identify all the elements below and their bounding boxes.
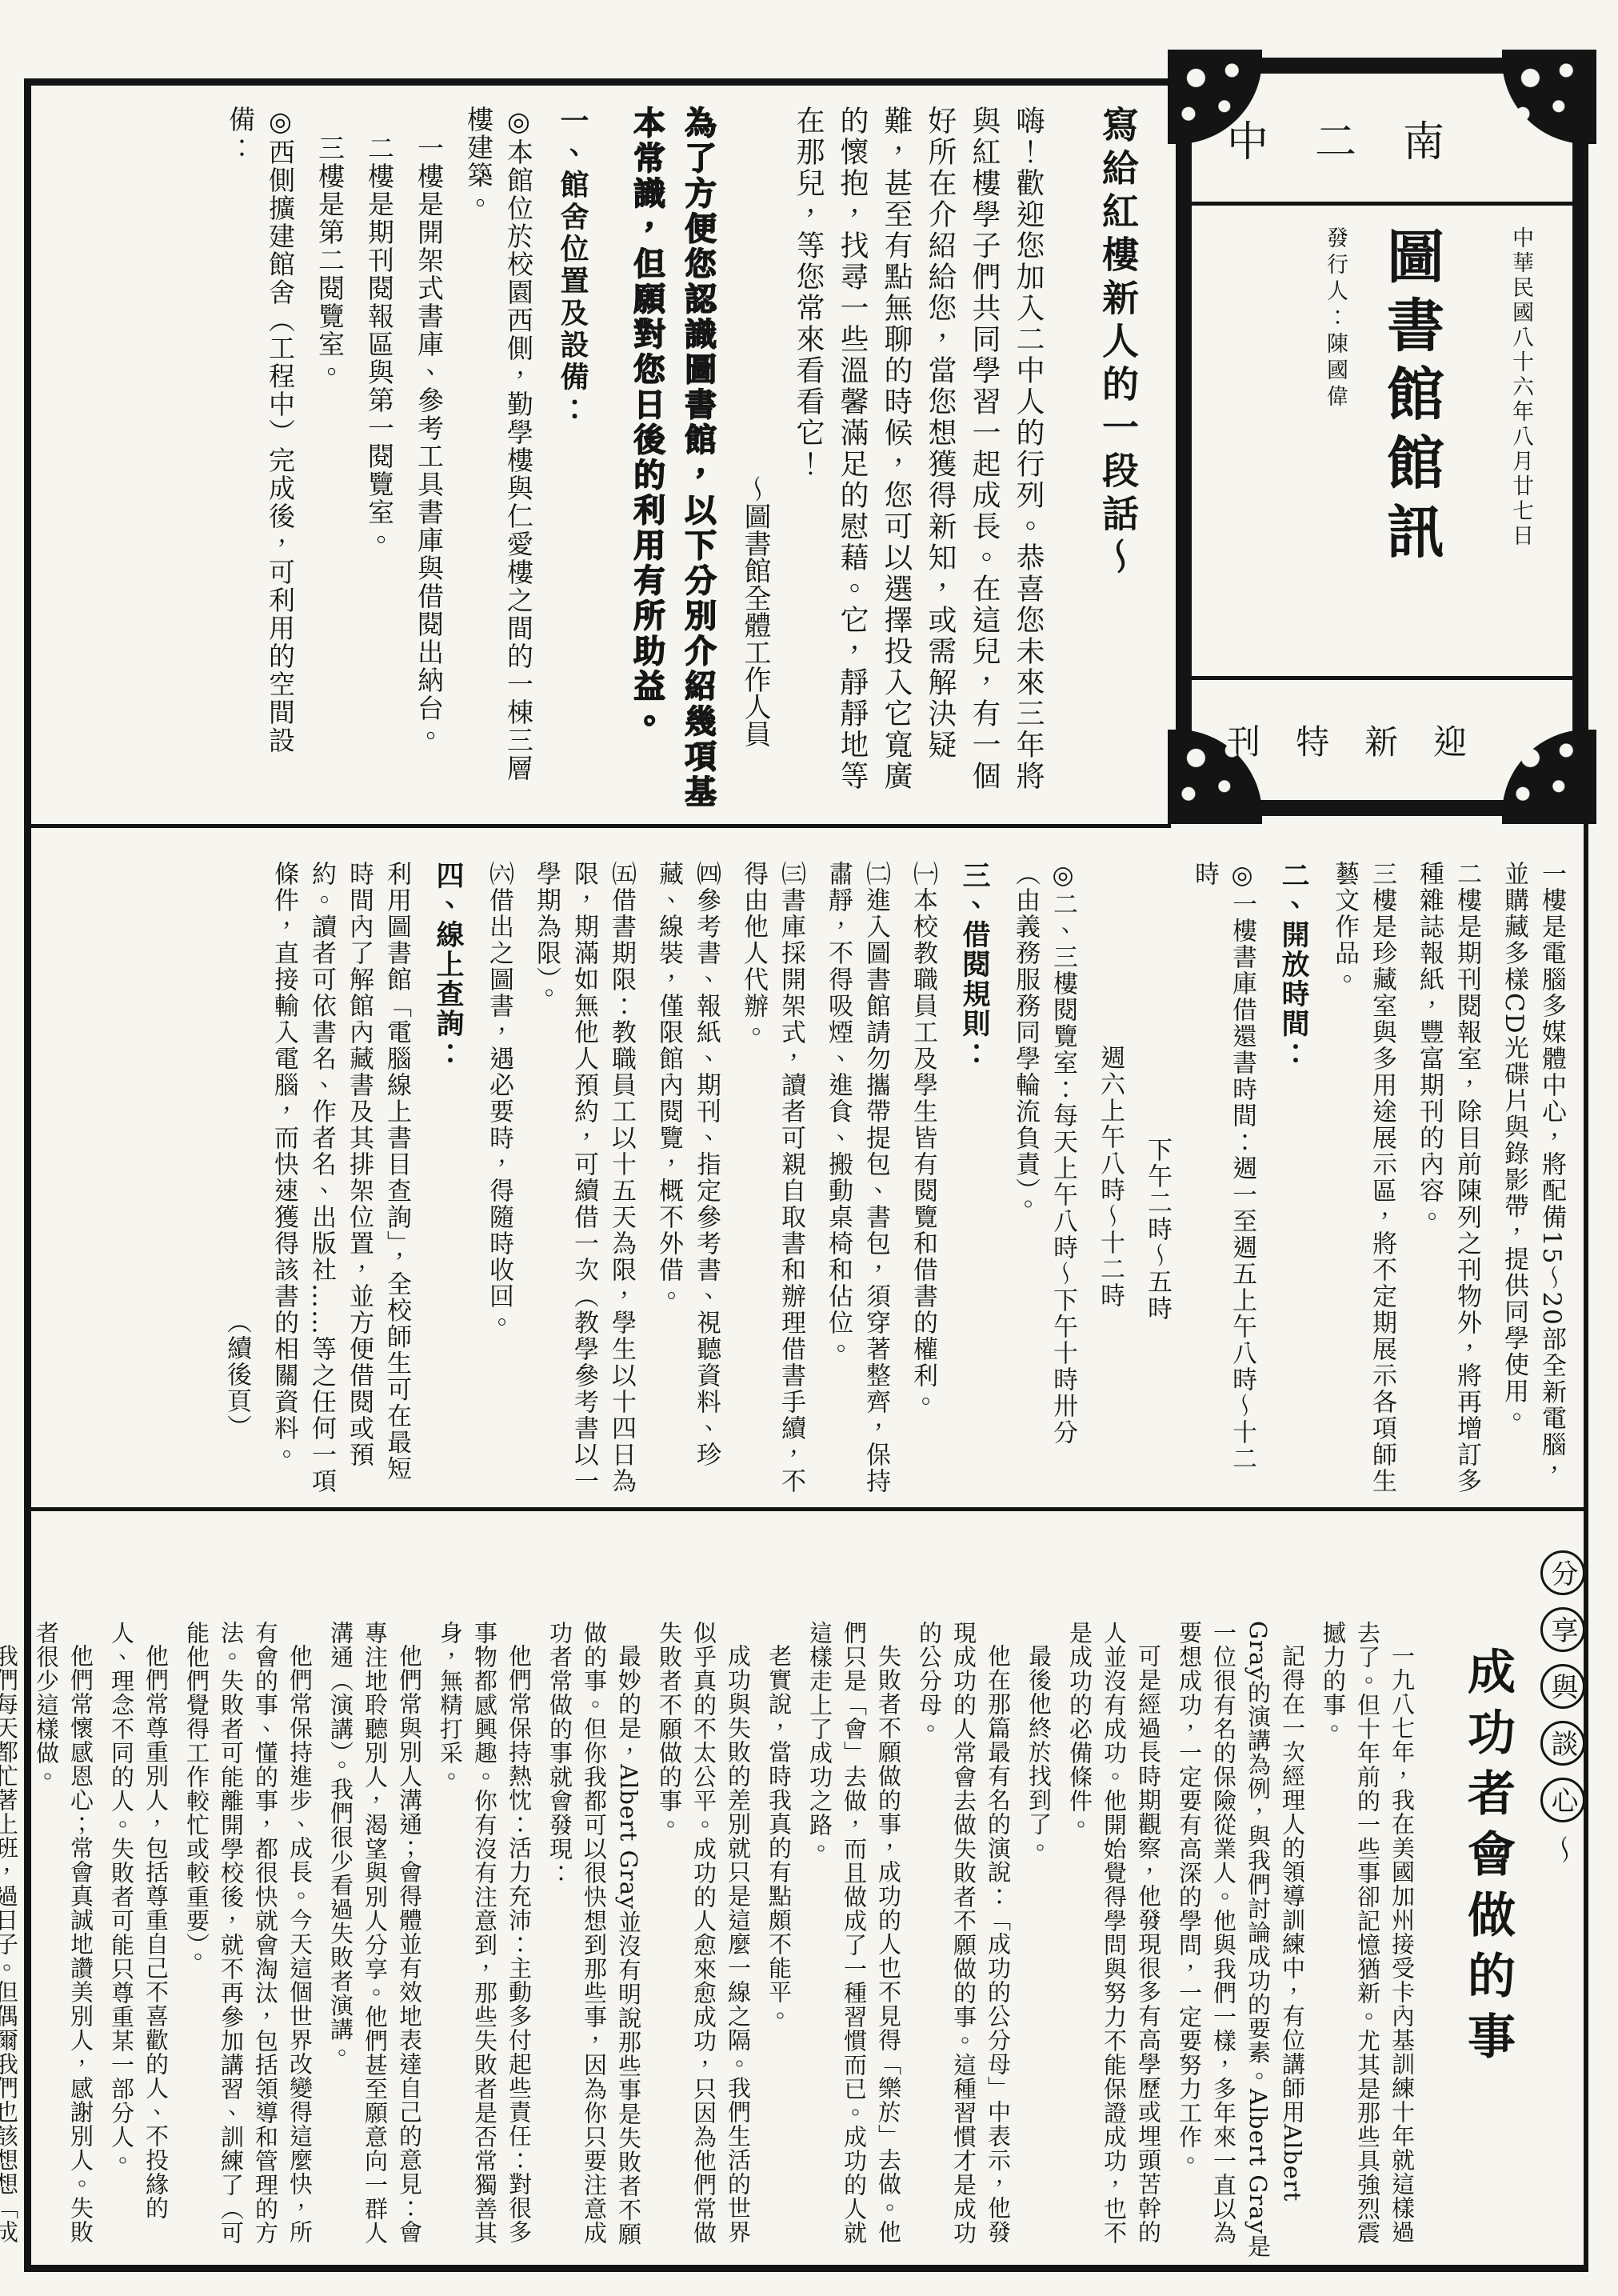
hours-line: 週六上午八時～十二時 [1091, 861, 1129, 1494]
rule-item: ㈣參考書、報紙、期刊、指定參考書、視聽資料、珍藏、線裝，僅限館內閱覽，概不外借。 [649, 861, 725, 1494]
bottom-paragraph: 我們每天都忙著上班，過日子。但偶爾我們也該想想「成功的公分母」。你說是嗎？ [0, 1550, 22, 2261]
newsletter-title: 圖書館館訊 [1375, 226, 1447, 660]
column-label-char: 享 [1540, 1607, 1585, 1652]
hours-line: ◎一樓書庫借還書時間：週一至週五上午八時～十二時 [1185, 861, 1260, 1494]
library-info-band: 一樓是電腦多媒體中心，將配備15～20部全新電腦，並購藏多樣CD光碟片與錄影帶，… [46, 861, 1570, 1494]
column-label-char: 與 [1540, 1664, 1585, 1709]
bottom-paragraph: 他在那篇最有名的演說：「成功的公分母」中表示，他發現成功的人常會去做失敗者不願做… [912, 1550, 1015, 2261]
section-heading-hours: 二、開放時間： [1275, 861, 1312, 1494]
bottom-paragraph: 他們常保持熱忱：活力充沛：主動多付起些責任：對很多事物都感興趣。你有沒有注意到，… [433, 1550, 536, 2261]
frame-bottom-rule [24, 2265, 1588, 2272]
hours-line: 下午二時～五時 [1138, 861, 1176, 1494]
rule-item: ㈤借書期限：教職員工以十五天為限，學生以十四日為限，期滿如無他人預約，可續借一次… [527, 861, 640, 1494]
column-label-char: 談 [1540, 1721, 1585, 1766]
column-label-char: 分 [1540, 1550, 1585, 1595]
masthead-middle: 中華民國八十六年八月廿七日 圖書館館訊 發行人：陳國偉 [1192, 206, 1572, 680]
newsletter-page: 南二中 中華民國八十六年八月廿七日 圖書館館訊 發行人：陳國偉 迎新特刊 寫給紅… [0, 0, 1618, 2296]
article-intro-bold: 為了方便您認識圖書館，以下分別介紹幾項基本常識，但願對您日後的利用有所助益。 [621, 106, 723, 810]
section-heading-rules: 三、借閱規則： [956, 861, 993, 1494]
online-search-text: 利用圖書館「電腦線上書目查詢」，全校師生可在最短時間內了解館內藏書及其排架位置，… [265, 861, 415, 1494]
rule-item: ㈢書庫採開架式，讀者可親自取書和辦理借書手續，不得由他人代辦。 [734, 861, 809, 1494]
bottom-paragraph: 他們常懷感恩心；常會真誠地讚美別人，感謝別人。失敗者很少這樣做。 [29, 1550, 98, 2261]
facilities-item: ◎西側擴建館舍（工程中）完成後，可利用的空間設備： [220, 106, 300, 810]
facilities-item: 三樓是第二閱覽室。 [310, 106, 350, 810]
floor-info: 三樓是珍藏室與多用途展示區，將不定期展示各項師生藝文作品。 [1325, 861, 1400, 1494]
article-body: 嗨！歡迎您加入二中人的行列。恭喜您未來三年將與紅樓學子們共同學習一起成長。在這兒… [786, 106, 1050, 810]
floor-info: 一樓是電腦多媒體中心，將配備15～20部全新電腦，並購藏多樣CD光碟片與錄影帶，… [1495, 861, 1570, 1494]
continued-note: （續後頁） [218, 861, 255, 1494]
article-signature: ～圖書館全體工作人員 [733, 106, 777, 810]
section-divider-top [31, 824, 1171, 828]
floor-info: 二樓是期刊閱報室，除目前陳列之刊物外，將再增訂多種雜誌報紙，豐富期刊的內容。 [1410, 861, 1485, 1494]
hours-line: ◎二、三樓閱覽室：每天上午八時～下午十時卅分（由義務服務同學輪流負責）。 [1006, 861, 1081, 1494]
bottom-paragraph: 最後他終於找到了。 [1021, 1550, 1056, 2261]
rule-item: ㈡進入圖書館請勿攜帶提包、書包，須穿著整齊，保持肅靜，不得吸煙、進食、搬動桌椅和… [819, 861, 894, 1494]
section-heading-online: 四、線上查詢： [429, 861, 467, 1494]
bottom-paragraph: 失敗者不願做的事，成功的人也不見得「樂於」去做。他們只是「會」去做，而且做成了一… [802, 1550, 905, 2261]
rule-item: ㈠本校教職員工及學生皆有閱覽和借書的權利。 [904, 861, 941, 1494]
section-heading-facilities: 一、館舍位置及設備： [553, 106, 593, 810]
bottom-paragraph: 可是經過長時期觀察，他發現很多有高學歷或埋頭苦幹的人並沒有成功。他開始覺得學問與… [1062, 1550, 1165, 2261]
bottom-paragraph: 記得在一次經理人的領導訓練中，有位講師用Albert Gray的演講為例，與我們… [1172, 1550, 1309, 2261]
sharing-column-band: 分 享 與 談 心 ～ 成功者會做的事 一九八七年，我在美國加州接受卡內基訓練十… [42, 1550, 1585, 2261]
bottom-article-title: 成功者會做的事 [1456, 1550, 1520, 2261]
bottom-paragraph: 老實說，當時我真的有點頗不能平。 [761, 1550, 796, 2261]
bottom-paragraph: 最妙的是，Albert Gray並沒有明說那些事是失敗者不願做的事。但你我都可以… [542, 1550, 645, 2261]
issue-date: 中華民國八十六年八月廿七日 [1504, 226, 1536, 660]
facilities-item: 二樓是期刊閱報區與第一閱覽室。 [359, 106, 399, 810]
column-label: 分 享 與 談 心 ～ [1540, 1550, 1585, 2261]
bottom-paragraph: 他們常尊重別人，包括尊重自己不喜歡的人、不投緣的人、理念不同的人。失敗者可能只尊… [104, 1550, 173, 2261]
bottom-paragraph: 成功與失敗的差別就只是這麼一線之隔。我們生活的世界似乎真的不太公平。成功的人愈來… [652, 1550, 755, 2261]
article-title: 寫給紅樓新人的一段話～ [1092, 106, 1145, 810]
bottom-paragraph: 一九八七年，我在美國加州接受卡內基訓練十年就這樣過去了。但十年前的一些事卻記憶猶… [1316, 1550, 1419, 2261]
column-label-tail: ～ [1546, 1834, 1579, 1863]
facilities-item: 一樓是開架式書庫、參考工具書庫與借閱出納台。 [409, 106, 449, 810]
masthead-inner: 南二中 中華民國八十六年八月廿七日 圖書館館訊 發行人：陳國偉 迎新特刊 [1189, 70, 1576, 803]
publisher: 發行人：陳國偉 [1319, 226, 1351, 660]
section-divider-bottom [31, 1507, 1584, 1511]
top-article-band: 寫給紅樓新人的一段話～ 嗨！歡迎您加入二中人的行列。恭喜您未來三年將與紅樓學子們… [81, 106, 1145, 810]
masthead-box: 南二中 中華民國八十六年八月廿七日 圖書館館訊 發行人：陳國偉 迎新特刊 [1176, 58, 1588, 816]
bottom-paragraph: 他們常與別人溝通；會得體並有效地表達自己的意見：會專注地聆聽別人，渴望與別人分享… [323, 1550, 426, 2261]
facilities-item: ◎本館位於校園西側，勤學樓與仁愛樓之間的一棟三層樓建築。 [458, 106, 538, 810]
column-label-char: 心 [1540, 1778, 1585, 1822]
rule-item: ㈥借出之圖書，遇必要時，得隨時收回。 [480, 861, 517, 1494]
bottom-paragraph: 他們常保持進步、成長。今天這個世界改變得這麼快，所有會的事、懂的事，都很快就會淘… [179, 1550, 317, 2261]
